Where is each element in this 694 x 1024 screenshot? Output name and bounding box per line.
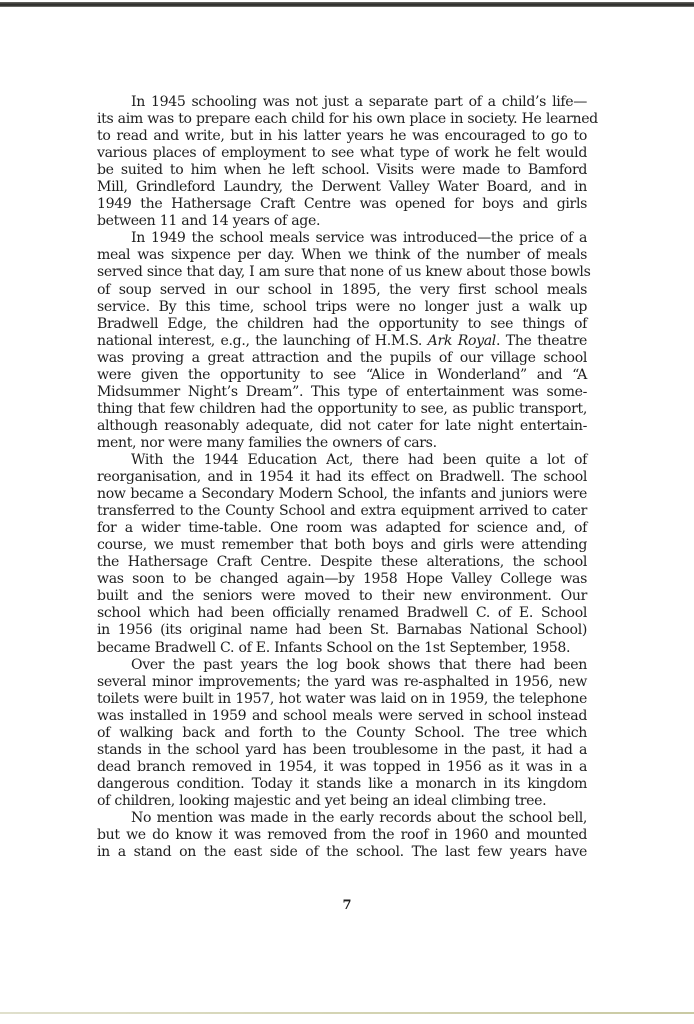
text-line: although reasonably adequate, did not ca… — [97, 418, 587, 435]
text-line: course, we must remember that both boys … — [97, 537, 587, 554]
text-line: reorganisation, and in 1954 it had its e… — [97, 469, 587, 486]
text-line: to read and write, but in his latter yea… — [97, 128, 587, 145]
text-line: meal was sixpence per day. When we think… — [97, 247, 587, 264]
text-line: dangerous condition. Today it stands lik… — [97, 776, 587, 793]
text-line: but we do know it was removed from the r… — [97, 827, 587, 844]
text-line: 1949 the Hathersage Craft Centre was ope… — [97, 196, 587, 213]
text-line: dead branch removed in 1954, it was topp… — [97, 759, 587, 776]
text-line: With the 1944 Education Act, there had b… — [97, 452, 587, 469]
text-line: Mill, Grindleford Laundry, the Derwent V… — [97, 179, 587, 196]
text-line: the Hathersage Craft Centre. Despite the… — [97, 554, 587, 571]
text-line: was proving a great attraction and the p… — [97, 350, 587, 367]
text-line: of soup served in our school in 1895, th… — [97, 282, 587, 299]
text-line: thing that few children had the opportun… — [97, 401, 587, 418]
text-line: between 11 and 14 years of age. — [97, 213, 587, 230]
text-line: stands in the school yard has been troub… — [97, 742, 587, 759]
text-line: was installed in 1959 and school meals w… — [97, 708, 587, 725]
text-line: service. By this time, school trips were… — [97, 299, 587, 316]
paragraph: Over the past years the log book shows t… — [97, 657, 587, 810]
text-line: ment, nor were many families the owners … — [97, 435, 587, 452]
text-line: In 1945 schooling was not just a separat… — [97, 94, 587, 111]
text-line: Bradwell Edge, the children had the oppo… — [97, 316, 587, 333]
text-line: now became a Secondary Modern School, th… — [97, 486, 587, 503]
text-line: national interest, e.g., the launching o… — [97, 333, 587, 350]
text-line: of children, looking majestic and yet be… — [97, 793, 587, 810]
text-line: for a wider time-table. One room was ada… — [97, 520, 587, 537]
text-line: school which had been officially renamed… — [97, 605, 587, 622]
text-line: Midsummer Night’s Dream”. This type of e… — [97, 384, 587, 401]
text-line: became Bradwell C. of E. Infants School … — [97, 640, 587, 657]
text-line: was soon to be changed again—by 1958 Hop… — [97, 571, 587, 588]
page-number: 7 — [0, 898, 694, 913]
text-line: served since that day, I am sure that no… — [97, 264, 587, 281]
text-line: Over the past years the log book shows t… — [97, 657, 587, 674]
text-line: transferred to the County School and ext… — [97, 503, 587, 520]
paragraph: With the 1944 Education Act, there had b… — [97, 452, 587, 657]
top-page-edge-rule — [0, 2, 694, 7]
text-line: several minor improvements; the yard was… — [97, 674, 587, 691]
text-line: of walking back and forth to the County … — [97, 725, 587, 742]
document-body: In 1945 schooling was not just a separat… — [97, 94, 587, 861]
text-line: built and the seniors were moved to thei… — [97, 588, 587, 605]
text-line: be suited to him when he left school. Vi… — [97, 162, 587, 179]
paragraph: No mention was made in the early records… — [97, 810, 587, 861]
text-line: in a stand on the east side of the schoo… — [97, 844, 587, 861]
text-line: in 1956 (its original name had been St. … — [97, 622, 587, 639]
bottom-page-edge-rule — [0, 1012, 694, 1014]
text-line: its aim was to prepare each child for hi… — [97, 111, 587, 128]
text-line: No mention was made in the early records… — [97, 810, 587, 827]
text-line: toilets were built in 1957, hot water wa… — [97, 691, 587, 708]
text-line: various places of employment to see what… — [97, 145, 587, 162]
italic-text: Ark Royal — [428, 333, 496, 349]
paragraph: In 1945 schooling was not just a separat… — [97, 94, 587, 230]
text-line: were given the opportunity to see “Alice… — [97, 367, 587, 384]
text-line: In 1949 the school meals service was int… — [97, 230, 587, 247]
paragraph: In 1949 the school meals service was int… — [97, 230, 587, 452]
